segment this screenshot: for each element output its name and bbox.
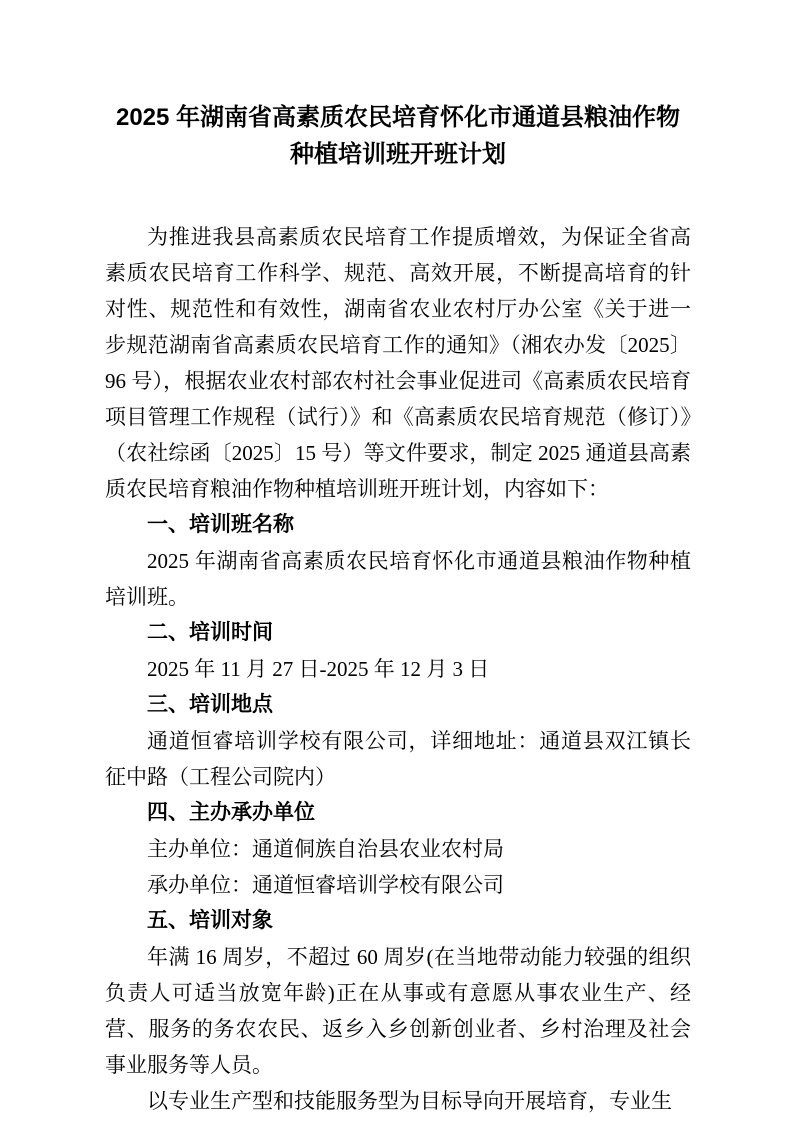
organizer-host-paragraph: 主办单位：通道侗族自治县农业农村局 — [105, 831, 691, 867]
section-heading-training-targets: 五、培训对象 — [105, 903, 691, 939]
section-heading-organizers: 四、主办承办单位 — [105, 795, 691, 831]
section-heading-training-time: 二、培训时间 — [105, 615, 691, 651]
document-content: 2025 年湖南省高素质农民培育怀化市通道县粮油作物种植培训班开班计划 为推进我… — [0, 0, 793, 1119]
training-location-paragraph: 通道恒睿培训学校有限公司，详细地址：通道县双江镇长征中路（工程公司院内） — [105, 723, 691, 795]
document-title: 2025 年湖南省高素质农民培育怀化市通道县粮油作物种植培训班开班计划 — [105, 99, 691, 173]
section-heading-training-class-name: 一、培训班名称 — [105, 507, 691, 543]
training-targets-paragraph-2: 以专业生产型和技能服务型为目标导向开展培育，专业生 — [105, 1083, 691, 1119]
organizer-undertaker-paragraph: 承办单位：通道恒睿培训学校有限公司 — [105, 867, 691, 903]
intro-paragraph: 为推进我县高素质农民培育工作提质增效，为保证全省高素质农民培育工作科学、规范、高… — [105, 219, 691, 507]
section-heading-training-location: 三、培训地点 — [105, 687, 691, 723]
document-page: 2025 年湖南省高素质农民培育怀化市通道县粮油作物种植培训班开班计划 为推进我… — [0, 0, 793, 1122]
training-class-name-paragraph: 2025 年湖南省高素质农民培育怀化市通道县粮油作物种植培训班。 — [105, 543, 691, 615]
training-targets-paragraph: 年满 16 周岁，不超过 60 周岁(在当地带动能力较强的组织负责人可适当放宽年… — [105, 939, 691, 1083]
training-time-paragraph: 2025 年 11 月 27 日-2025 年 12 月 3 日 — [105, 651, 691, 687]
